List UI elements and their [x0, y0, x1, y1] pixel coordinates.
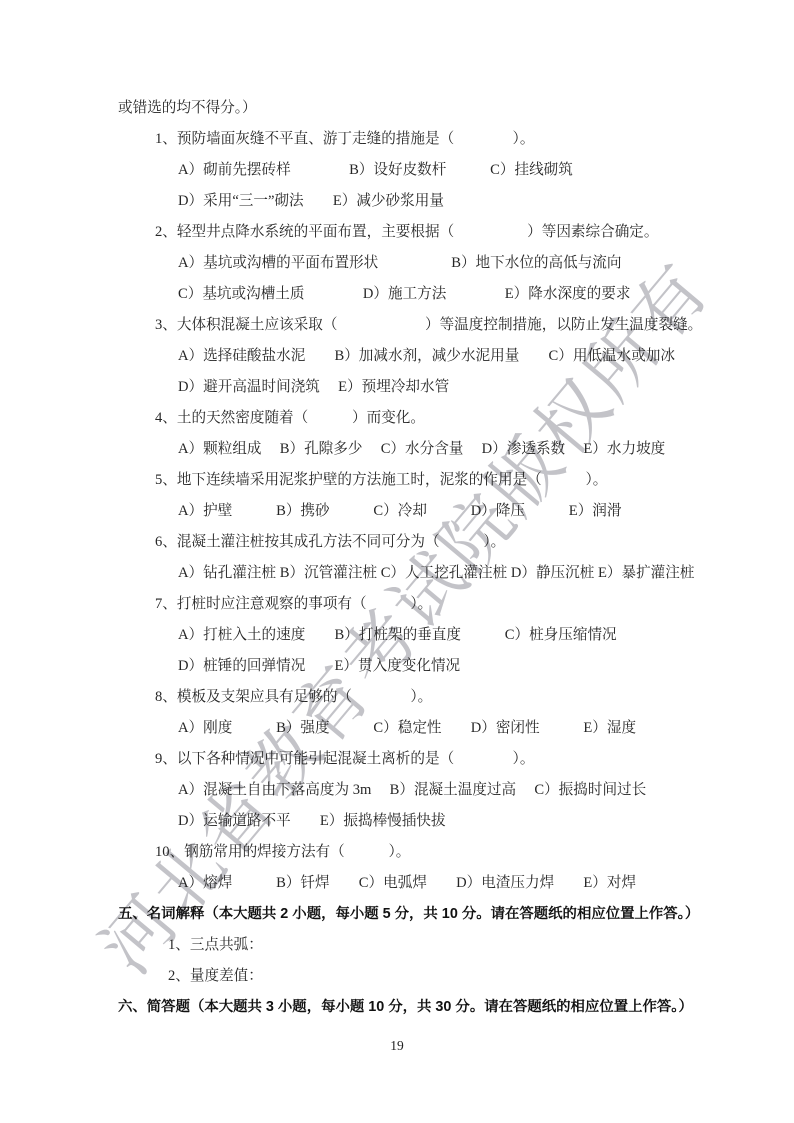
- page-number: 19: [0, 1038, 794, 1054]
- exam-line: 1、三点共弧：: [118, 930, 693, 961]
- exam-body: 或错选的均不得分。）1、预防墙面灰缝不平直、游丁走缝的措施是（ ）。A）砌前先摆…: [118, 93, 693, 1023]
- exam-line: 1、预防墙面灰缝不平直、游丁走缝的措施是（ ）。: [118, 124, 693, 155]
- exam-line: A）熔焊 B）钎焊 C）电弧焊 D）电渣压力焊 E）对焊: [118, 868, 693, 899]
- exam-line: A）混凝土自由下落高度为 3m B）混凝土温度过高 C）振捣时间过长: [118, 775, 693, 806]
- exam-line: 4、土的天然密度随着（ ）而变化。: [118, 403, 693, 434]
- exam-line: 3、大体积混凝土应该采取（ ）等温度控制措施，以防止发生温度裂缝。: [118, 310, 693, 341]
- exam-line: 或错选的均不得分。）: [118, 93, 693, 124]
- exam-line: A）护壁 B）携砂 C）冷却 D）降压 E）润滑: [118, 496, 693, 527]
- exam-line: A）打桩入土的速度 B）打桩架的垂直度 C）桩身压缩情况: [118, 620, 693, 651]
- exam-page: 河北省教育考试院版权所有 或错选的均不得分。）1、预防墙面灰缝不平直、游丁走缝的…: [0, 0, 794, 1123]
- exam-line: A）基坑或沟槽的平面布置形状 B）地下水位的高低与流向: [118, 248, 693, 279]
- exam-line: 2、量度差值：: [118, 961, 693, 992]
- exam-line: 六、简答题（本大题共 3 小题，每小题 10 分，共 30 分。请在答题纸的相应…: [118, 992, 693, 1023]
- exam-line: A）砌前先摆砖样 B）设好皮数杆 C）挂线砌筑: [118, 155, 693, 186]
- exam-line: 8、模板及支架应具有足够的（ ）。: [118, 682, 693, 713]
- exam-line: C）基坑或沟槽土质 D）施工方法 E）降水深度的要求: [118, 279, 693, 310]
- exam-line: 五、名词解释（本大题共 2 小题，每小题 5 分，共 10 分。请在答题纸的相应…: [118, 899, 693, 930]
- exam-line: 2、轻型井点降水系统的平面布置，主要根据（ ）等因素综合确定。: [118, 217, 693, 248]
- exam-line: A）刚度 B）强度 C）稳定性 D）密闭性 E）湿度: [118, 713, 693, 744]
- exam-line: A）钻孔灌注桩 B）沉管灌注桩 C）人工挖孔灌注桩 D）静压沉桩 E）暴扩灌注桩: [118, 558, 693, 589]
- exam-line: 9、以下各种情况中可能引起混凝土离析的是（ ）。: [118, 744, 693, 775]
- exam-line: D）桩锤的回弹情况 E）贯入度变化情况: [118, 651, 693, 682]
- exam-line: 7、打桩时应注意观察的事项有（ ）。: [118, 589, 693, 620]
- exam-line: D）运输道路不平 E）振捣棒慢插快拔: [118, 806, 693, 837]
- exam-line: A）选择硅酸盐水泥 B）加减水剂，减少水泥用量 C）用低温水或加冰: [118, 341, 693, 372]
- exam-line: A）颗粒组成 B）孔隙多少 C）水分含量 D）渗透系数 E）水力坡度: [118, 434, 693, 465]
- exam-line: D）采用“三一”砌法 E）减少砂浆用量: [118, 186, 693, 217]
- exam-line: D）避开高温时间浇筑 E）预埋冷却水管: [118, 372, 693, 403]
- exam-line: 10、钢筋常用的焊接方法有（ ）。: [118, 837, 693, 868]
- exam-line: 6、混凝土灌注桩按其成孔方法不同可分为（ ）。: [118, 527, 693, 558]
- exam-line: 5、地下连续墙采用泥浆护壁的方法施工时，泥浆的作用是（ ）。: [118, 465, 693, 496]
